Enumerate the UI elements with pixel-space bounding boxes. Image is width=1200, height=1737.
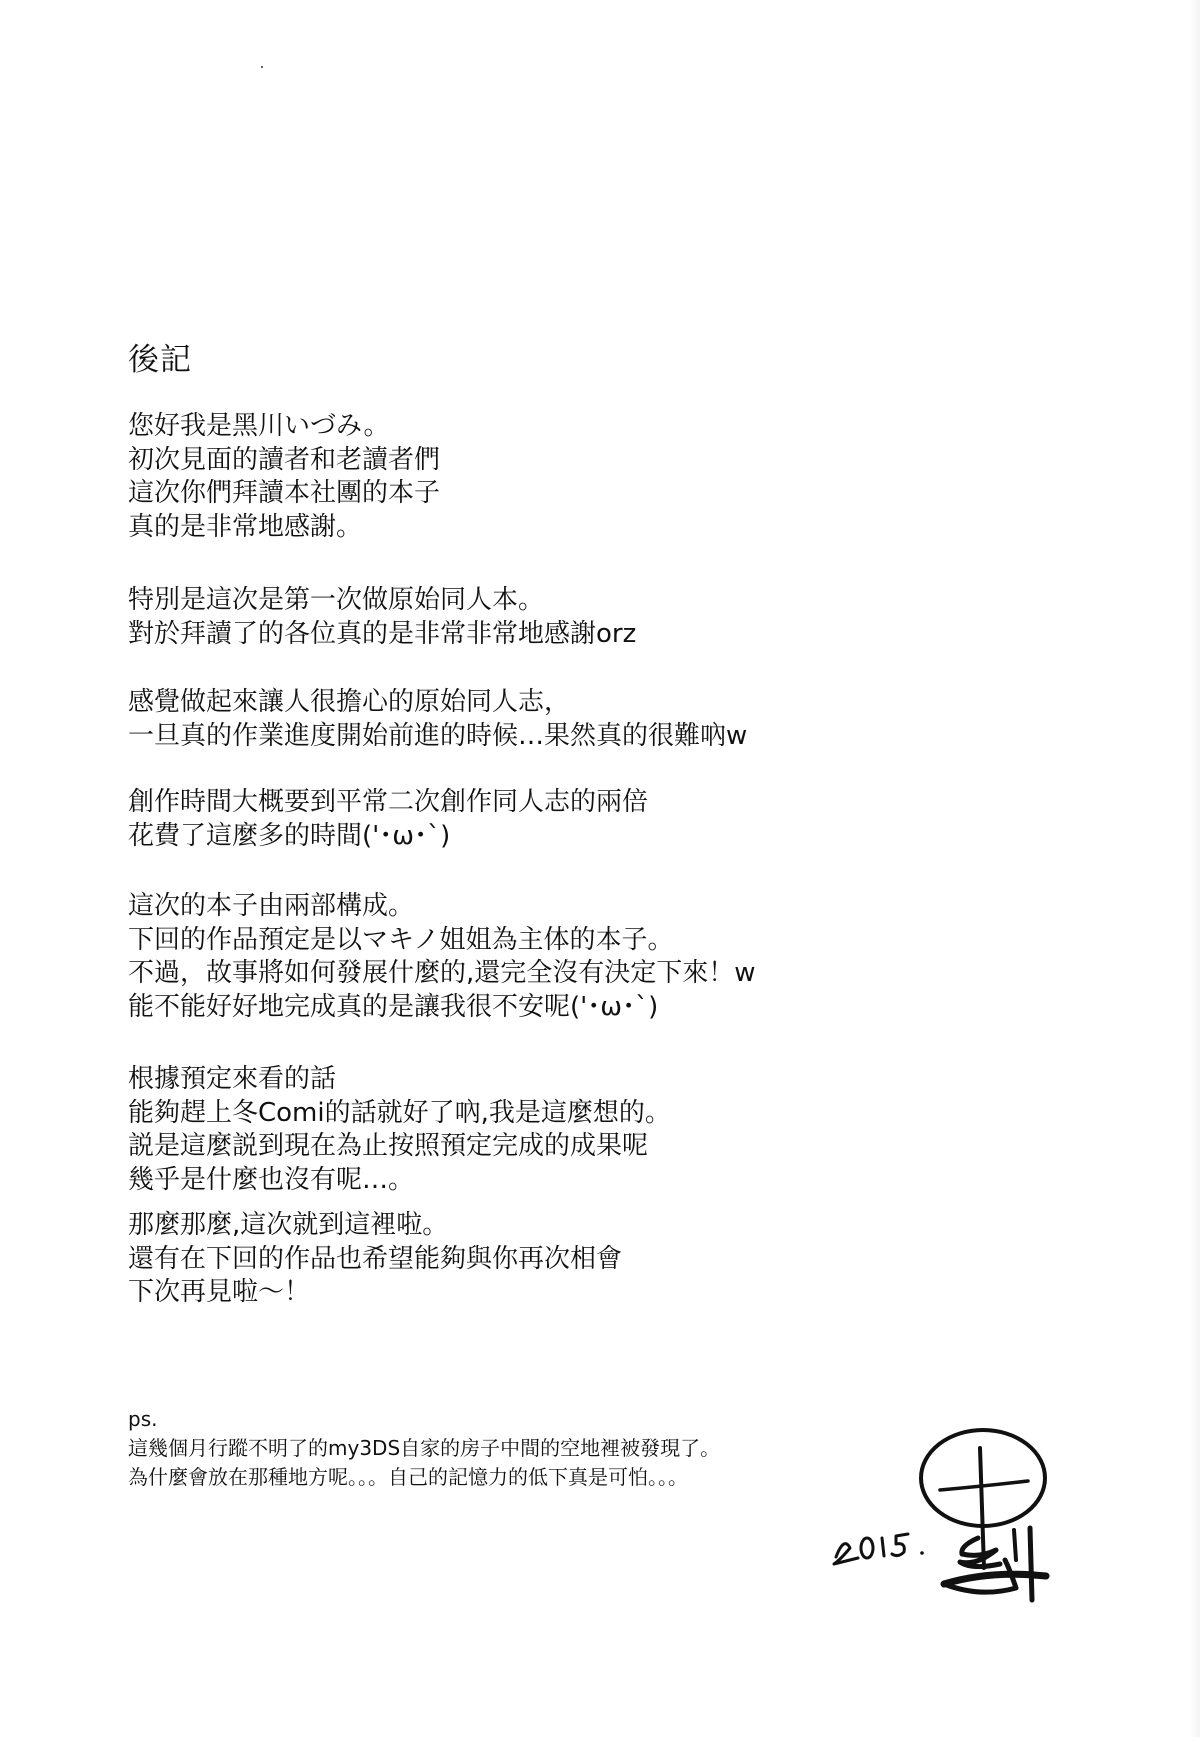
paragraph-1: 您好我是黑川いづみ。 初次見面的讀者和老讀者們 這次你們拜讀本社團的本子 真的是… xyxy=(128,410,440,544)
text-line: 這次你們拜讀本社團的本子 xyxy=(128,477,440,511)
text-line: 下回的作品預定是以マキノ姐姐為主体的本子。 xyxy=(128,924,756,958)
text-line: 幾乎是什麼也沒有呢…。 xyxy=(128,1164,671,1198)
text-line: 能不能好好地完成真的是讓我很不安呢('･ω･`) xyxy=(128,991,756,1025)
ps-line: 這幾個月行蹤不明了的my3DS自家的房子中間的空地裡被發現了。 xyxy=(128,1434,720,1463)
text-line: 下次再見啦～！ xyxy=(128,1276,622,1310)
text-line: 您好我是黑川いづみ。 xyxy=(128,410,440,444)
text-line: 創作時間大概要到平常二次創作同人志的兩倍 xyxy=(128,786,648,820)
text-line: 能夠趕上冬Comi的話就好了吶,我是這麼想的。 xyxy=(128,1097,671,1131)
text-line: 那麼那麼,這次就到這裡啦。 xyxy=(128,1209,622,1243)
paragraph-5: 這次的本子由兩部構成。 下回的作品預定是以マキノ姐姐為主体的本子。 不過，故事將… xyxy=(128,890,756,1024)
ps-line: 為什麼會放在那種地方呢。。。自己的記憶力的低下真是可怕。。。 xyxy=(128,1463,720,1492)
ps-label: ps. xyxy=(128,1405,720,1434)
text-line: 根據預定來看的話 xyxy=(128,1063,671,1097)
page-title: 後記 xyxy=(128,334,192,379)
page-edge-shadow xyxy=(1190,0,1200,1737)
paragraph-6: 根據預定來看的話 能夠趕上冬Comi的話就好了吶,我是這麼想的。 説是這麼説到現… xyxy=(128,1063,671,1197)
text-line: 初次見面的讀者和老讀者們 xyxy=(128,444,440,478)
text-line: 一旦真的作業進度開始前進的時候…果然真的很難吶w xyxy=(128,720,747,754)
text-line: 説是這麼説到現在為止按照預定完成的成果呢 xyxy=(128,1130,671,1164)
afterword-page: 後記 您好我是黑川いづみ。 初次見面的讀者和老讀者們 這次你們拜讀本社團的本子 … xyxy=(0,0,1200,1737)
paragraph-7: 那麼那麼,這次就到這裡啦。 還有在下回的作品也希望能夠與你再次相會 下次再見啦～… xyxy=(128,1209,622,1310)
text-line: 感覺做起來讓人很擔心的原始同人志， xyxy=(128,686,747,720)
postscript: ps. 這幾個月行蹤不明了的my3DS自家的房子中間的空地裡被發現了。 為什麼會… xyxy=(128,1405,720,1492)
scan-speck xyxy=(261,66,263,68)
paragraph-2: 特別是這次是第一次做原始同人本。 對於拜讀了的各位真的是非常非常地感謝orz xyxy=(128,584,636,651)
text-line: 還有在下回的作品也希望能夠與你再次相會 xyxy=(128,1243,622,1277)
text-line: 對於拜讀了的各位真的是非常非常地感謝orz xyxy=(128,618,636,652)
paragraph-4: 創作時間大概要到平常二次創作同人志的兩倍 花費了這麼多的時間('･ω･`) xyxy=(128,786,648,853)
text-line: 不過，故事將如何發展什麼的,還完全沒有決定下來！w xyxy=(128,957,756,991)
signature-icon xyxy=(800,1420,1120,1680)
paragraph-3: 感覺做起來讓人很擔心的原始同人志， 一旦真的作業進度開始前進的時候…果然真的很難… xyxy=(128,686,747,753)
text-line: 真的是非常地感謝。 xyxy=(128,511,440,545)
text-line: 花費了這麼多的時間('･ω･`) xyxy=(128,820,648,854)
text-line: 特別是這次是第一次做原始同人本。 xyxy=(128,584,636,618)
signature: 2015. xyxy=(800,1420,1120,1680)
text-line: 這次的本子由兩部構成。 xyxy=(128,890,756,924)
